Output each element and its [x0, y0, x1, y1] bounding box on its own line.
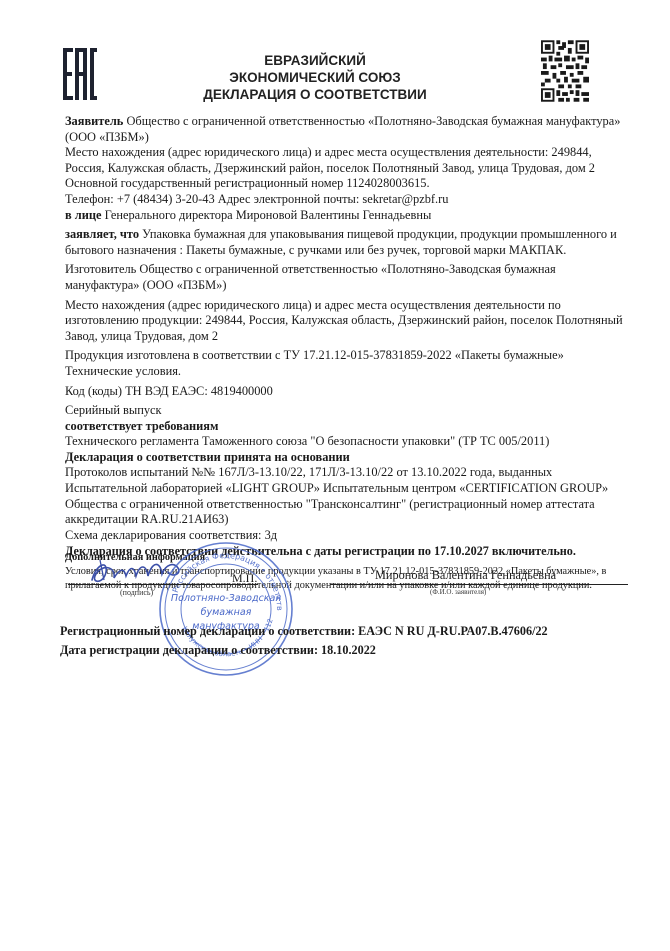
- manufacturer: Изготовитель Общество с ограниченной отв…: [65, 262, 625, 293]
- represented-by: Генерального директора Мироновой Валенти…: [105, 208, 432, 222]
- declaration-page: ЕВРАЗИЙСКИЙ ЭКОНОМИЧЕСКИЙ СОЮЗ ДЕКЛАРАЦИ…: [0, 0, 670, 951]
- release-type: Серийный выпуск: [65, 403, 625, 419]
- registration-number: Регистрационный номер декларации о соотв…: [60, 624, 548, 639]
- signer-caption: (Ф.И.О. заявителя): [430, 588, 486, 596]
- title-union: ЕВРАЗИЙСКИЙ ЭКОНОМИЧЕСКИЙ СОЮЗ: [200, 52, 430, 86]
- applicant-ogrn: Основной государственный регистрационный…: [65, 176, 625, 192]
- declares-label: заявляет, что: [65, 227, 139, 241]
- applicant-block: Заявитель Общество с ограниченной ответс…: [65, 114, 625, 145]
- signer-name-line: [330, 584, 628, 585]
- document-title: ЕВРАЗИЙСКИЙ ЭКОНОМИЧЕСКИЙ СОЮЗ ДЕКЛАРАЦИ…: [200, 52, 430, 103]
- applicant-name: Общество с ограниченной ответственностью…: [65, 114, 620, 144]
- qr-code-icon[interactable]: [541, 40, 589, 102]
- title-declaration: ДЕКЛАРАЦИЯ О СООТВЕТСТВИИ: [200, 86, 430, 103]
- product-description: Упаковка бумажная для упаковывания пищев…: [65, 227, 617, 257]
- applicant-address: Место нахождения (адрес юридического лиц…: [65, 145, 625, 176]
- represented-by-block: в лице Генерального директора Мироновой …: [65, 208, 625, 224]
- basis-label: Декларация о соответствии принята на осн…: [65, 450, 625, 466]
- signature-caption: (подпись): [120, 588, 153, 597]
- svg-text:бумажная: бумажная: [201, 607, 252, 618]
- declaration-body: Заявитель Общество с ограниченной ответс…: [65, 114, 625, 593]
- svg-text:Полотняно-Заводская: Полотняно-Заводская: [171, 593, 281, 604]
- production-standard: Продукция изготовлена в соответствии с Т…: [65, 348, 625, 379]
- manufacturer-address: Место нахождения (адрес юридического лиц…: [65, 298, 625, 345]
- signature-line: [68, 584, 258, 585]
- basis-text: Протоколов испытаний №№ 167Л/3-13.10/22,…: [65, 465, 625, 527]
- stamp-place-mark: М.П.: [232, 571, 257, 586]
- registration-date: Дата регистрации декларации о соответств…: [60, 643, 376, 658]
- complies-label: соответствует требованиям: [65, 419, 625, 435]
- represented-label: в лице: [65, 208, 102, 222]
- technical-regulation: Технического регламента Таможенного союз…: [65, 434, 625, 450]
- applicant-contacts: Телефон: +7 (48434) 3-20-43 Адрес электр…: [65, 192, 625, 208]
- hs-code: Код (коды) ТН ВЭД ЕАЭС: 4819400000: [65, 384, 625, 400]
- applicant-label: Заявитель: [65, 114, 123, 128]
- signer-name: Миронова Валентина Геннадьевна: [375, 568, 556, 583]
- declaration-scheme: Схема декларирования соответствия: 3д: [65, 528, 625, 544]
- product-block: заявляет, что Упаковка бумажная для упак…: [65, 227, 625, 258]
- eac-logo-icon: [63, 48, 97, 100]
